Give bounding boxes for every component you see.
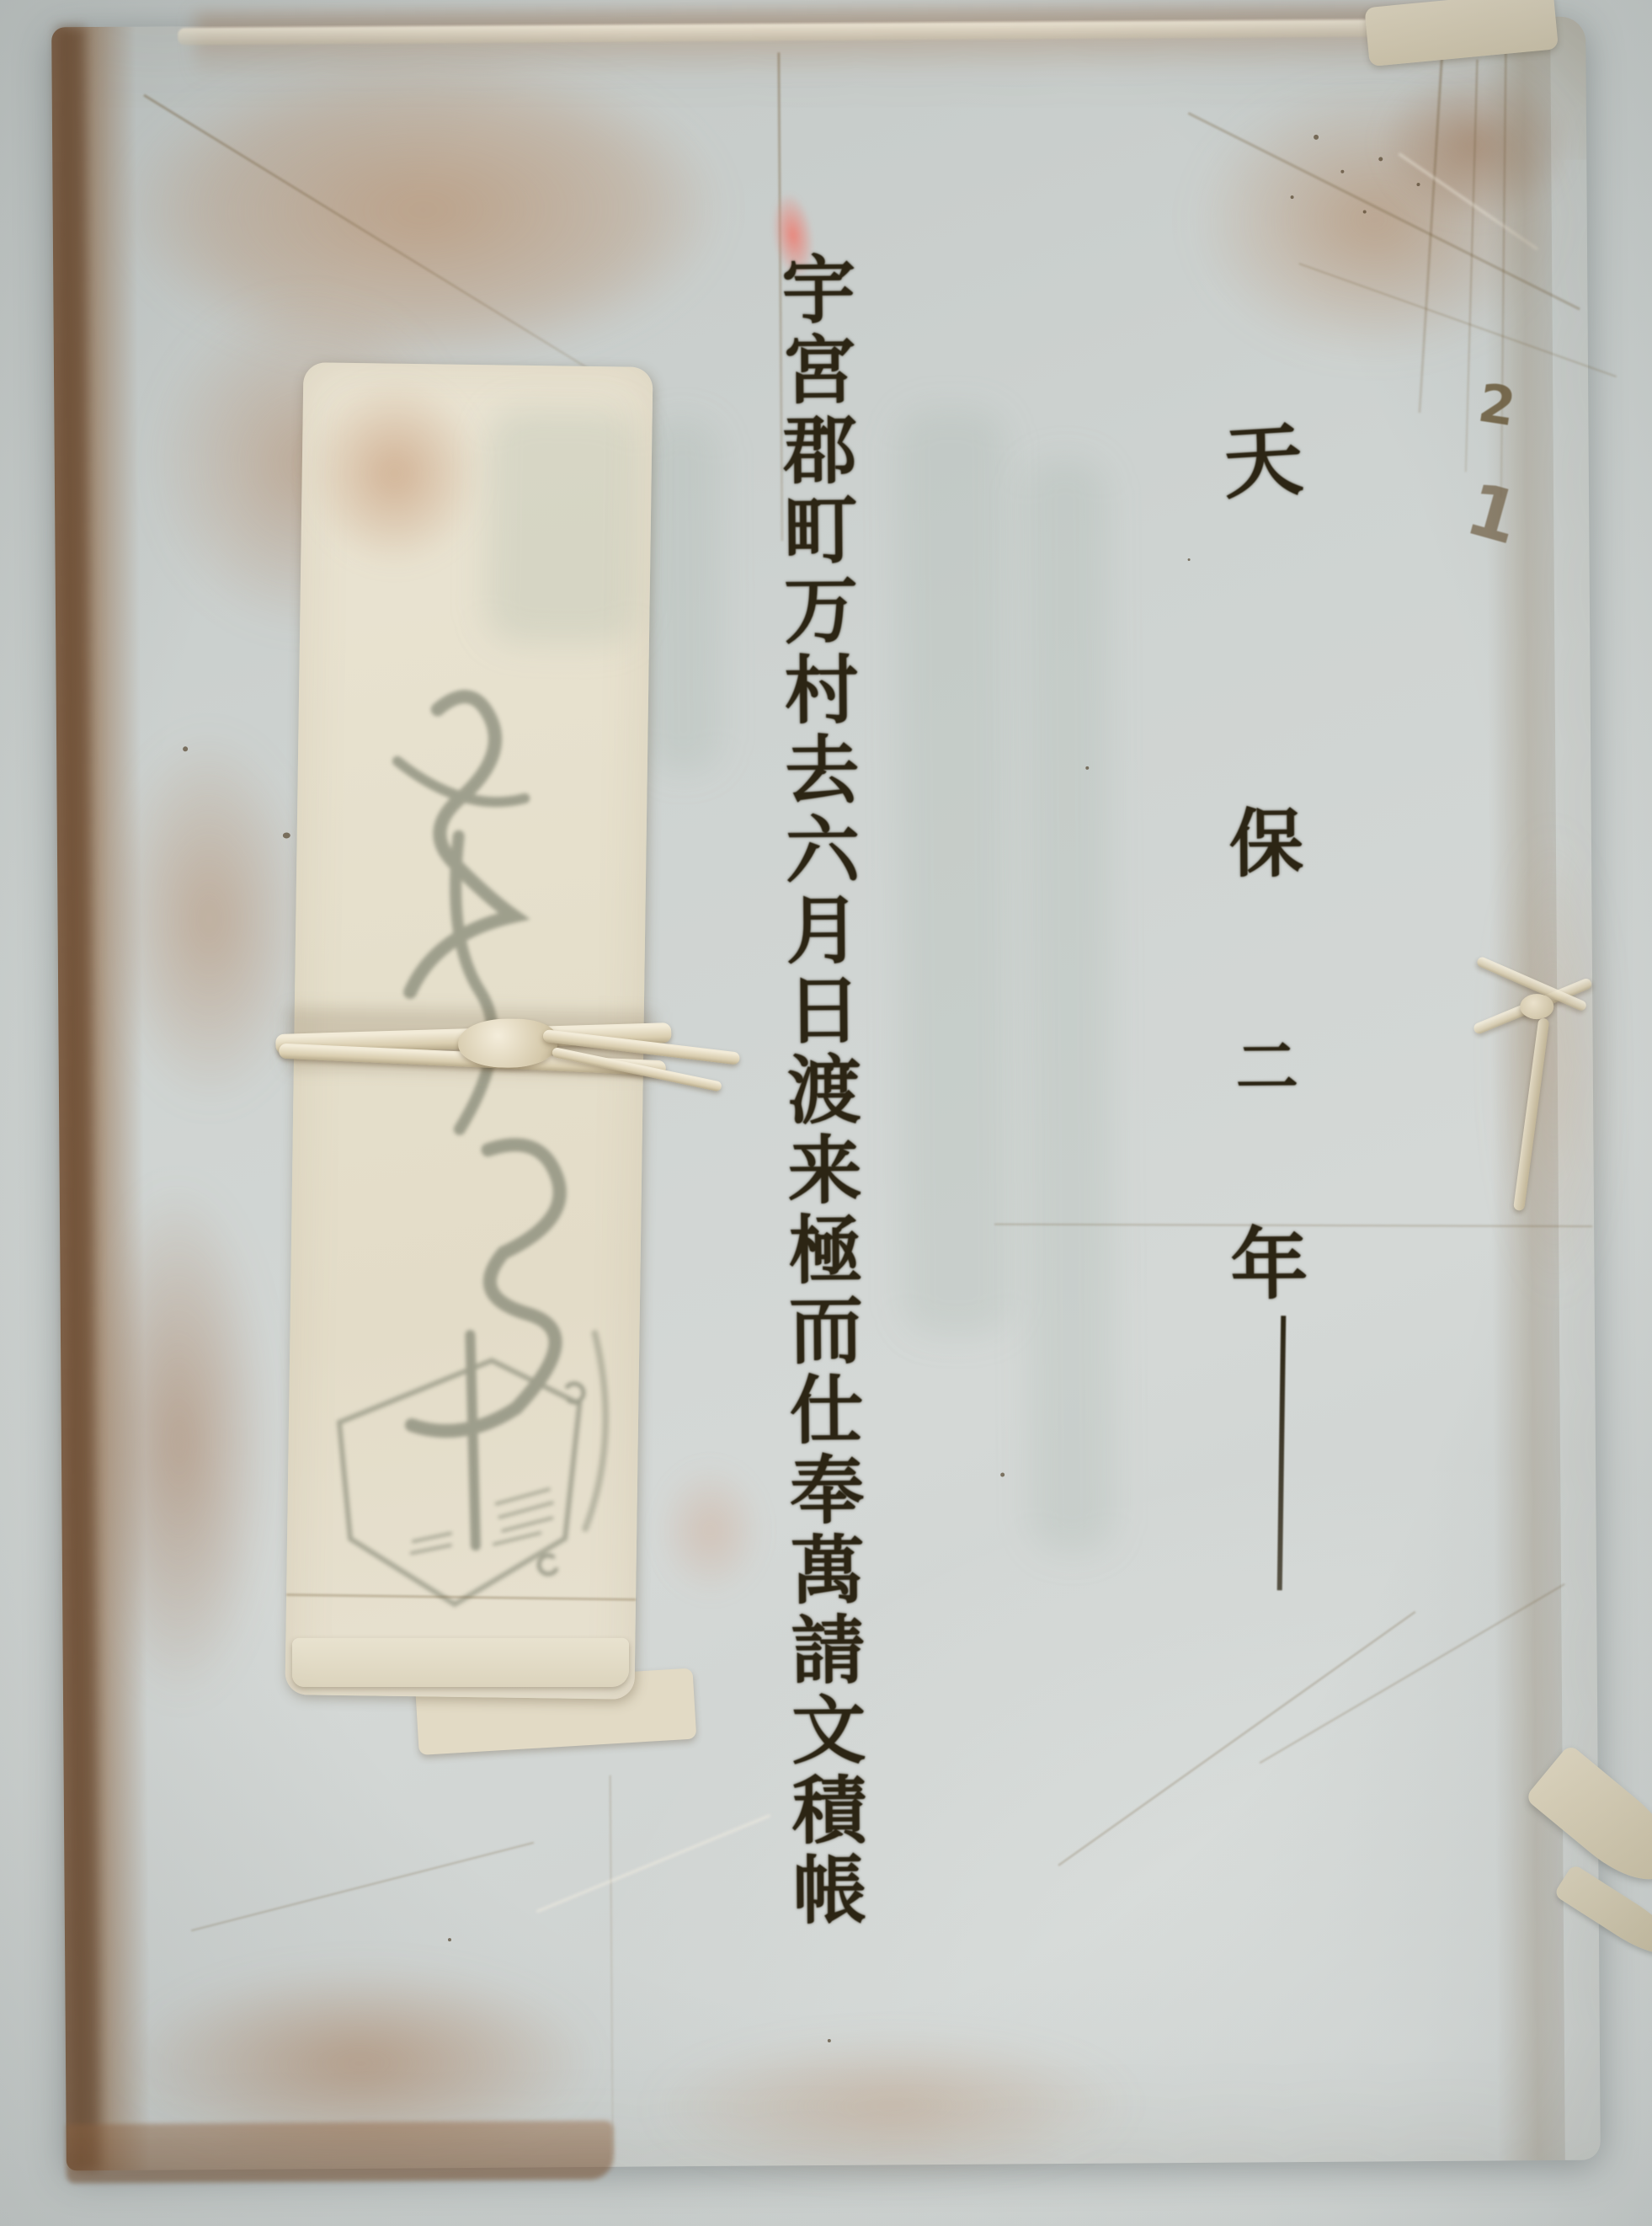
slip-bottom-fold-layer (292, 1638, 629, 1687)
slip-ink-diamond-outline (337, 1359, 580, 1606)
foxing-speck (1314, 135, 1319, 140)
frayed-paper-tab-small (1553, 1864, 1652, 1963)
ink-speck (283, 832, 290, 838)
era-char-ho: 保 (1228, 785, 1303, 892)
foxing-speck (1340, 170, 1344, 173)
foxing-speck (1291, 195, 1294, 199)
water-stain-bottom-center (588, 2015, 1195, 2197)
cord-knot[interactable] (458, 1018, 558, 1069)
era-char-ni: 二 (1235, 1017, 1298, 1108)
water-stain-top-edge (195, 6, 1475, 83)
bottom-left-edge-extension (67, 2121, 614, 2184)
era-char-ten: 天 (1220, 396, 1306, 514)
ink-speck (183, 746, 188, 751)
year-character-tail-stroke (1277, 1316, 1287, 1590)
slip-ink-lower-glyph (412, 1144, 561, 1433)
ink-speck (828, 2039, 831, 2042)
tied-paper-slip (285, 362, 653, 1700)
slip-ink-hatch-lines (412, 1487, 552, 1555)
slip-ink-side-flourish (585, 1333, 606, 1529)
foxing-speck (1378, 157, 1383, 161)
crumple-highlight-2 (536, 1814, 771, 1913)
foxing-speck (1363, 210, 1367, 213)
bleed-through-slip-side (643, 419, 722, 773)
bleed-through-column-2 (1023, 458, 1115, 1554)
title-calligraphy-column: 宇宮郡町万村去六月日渡来極而仕奉萬請文積帳 (746, 251, 877, 1962)
ink-speck (1000, 1473, 1005, 1477)
era-char-nen: 年 (1230, 1203, 1308, 1315)
binding-cord-knot-bump (1520, 994, 1553, 1019)
document-cover: 宇宮郡町万村去六月日渡来極而仕奉萬請文積帳 天 保 二 年 2 1 (51, 17, 1601, 2171)
foxing-speck (1416, 183, 1420, 186)
crease-diagonal-bottom-right-1 (1058, 1611, 1415, 1866)
slip-ink-corner-curl-2 (539, 1556, 557, 1574)
ink-speck (1188, 558, 1191, 561)
ink-speck (448, 1938, 451, 1941)
bleed-through-column-1 (896, 408, 1012, 1335)
photo-background: 宇宮郡町万村去六月日渡来極而仕奉萬請文積帳 天 保 二 年 2 1 (0, 0, 1652, 2226)
crease-bottom-left (191, 1842, 534, 1931)
ink-speck (1085, 766, 1089, 770)
slip-ink-upper-cross (397, 761, 525, 803)
